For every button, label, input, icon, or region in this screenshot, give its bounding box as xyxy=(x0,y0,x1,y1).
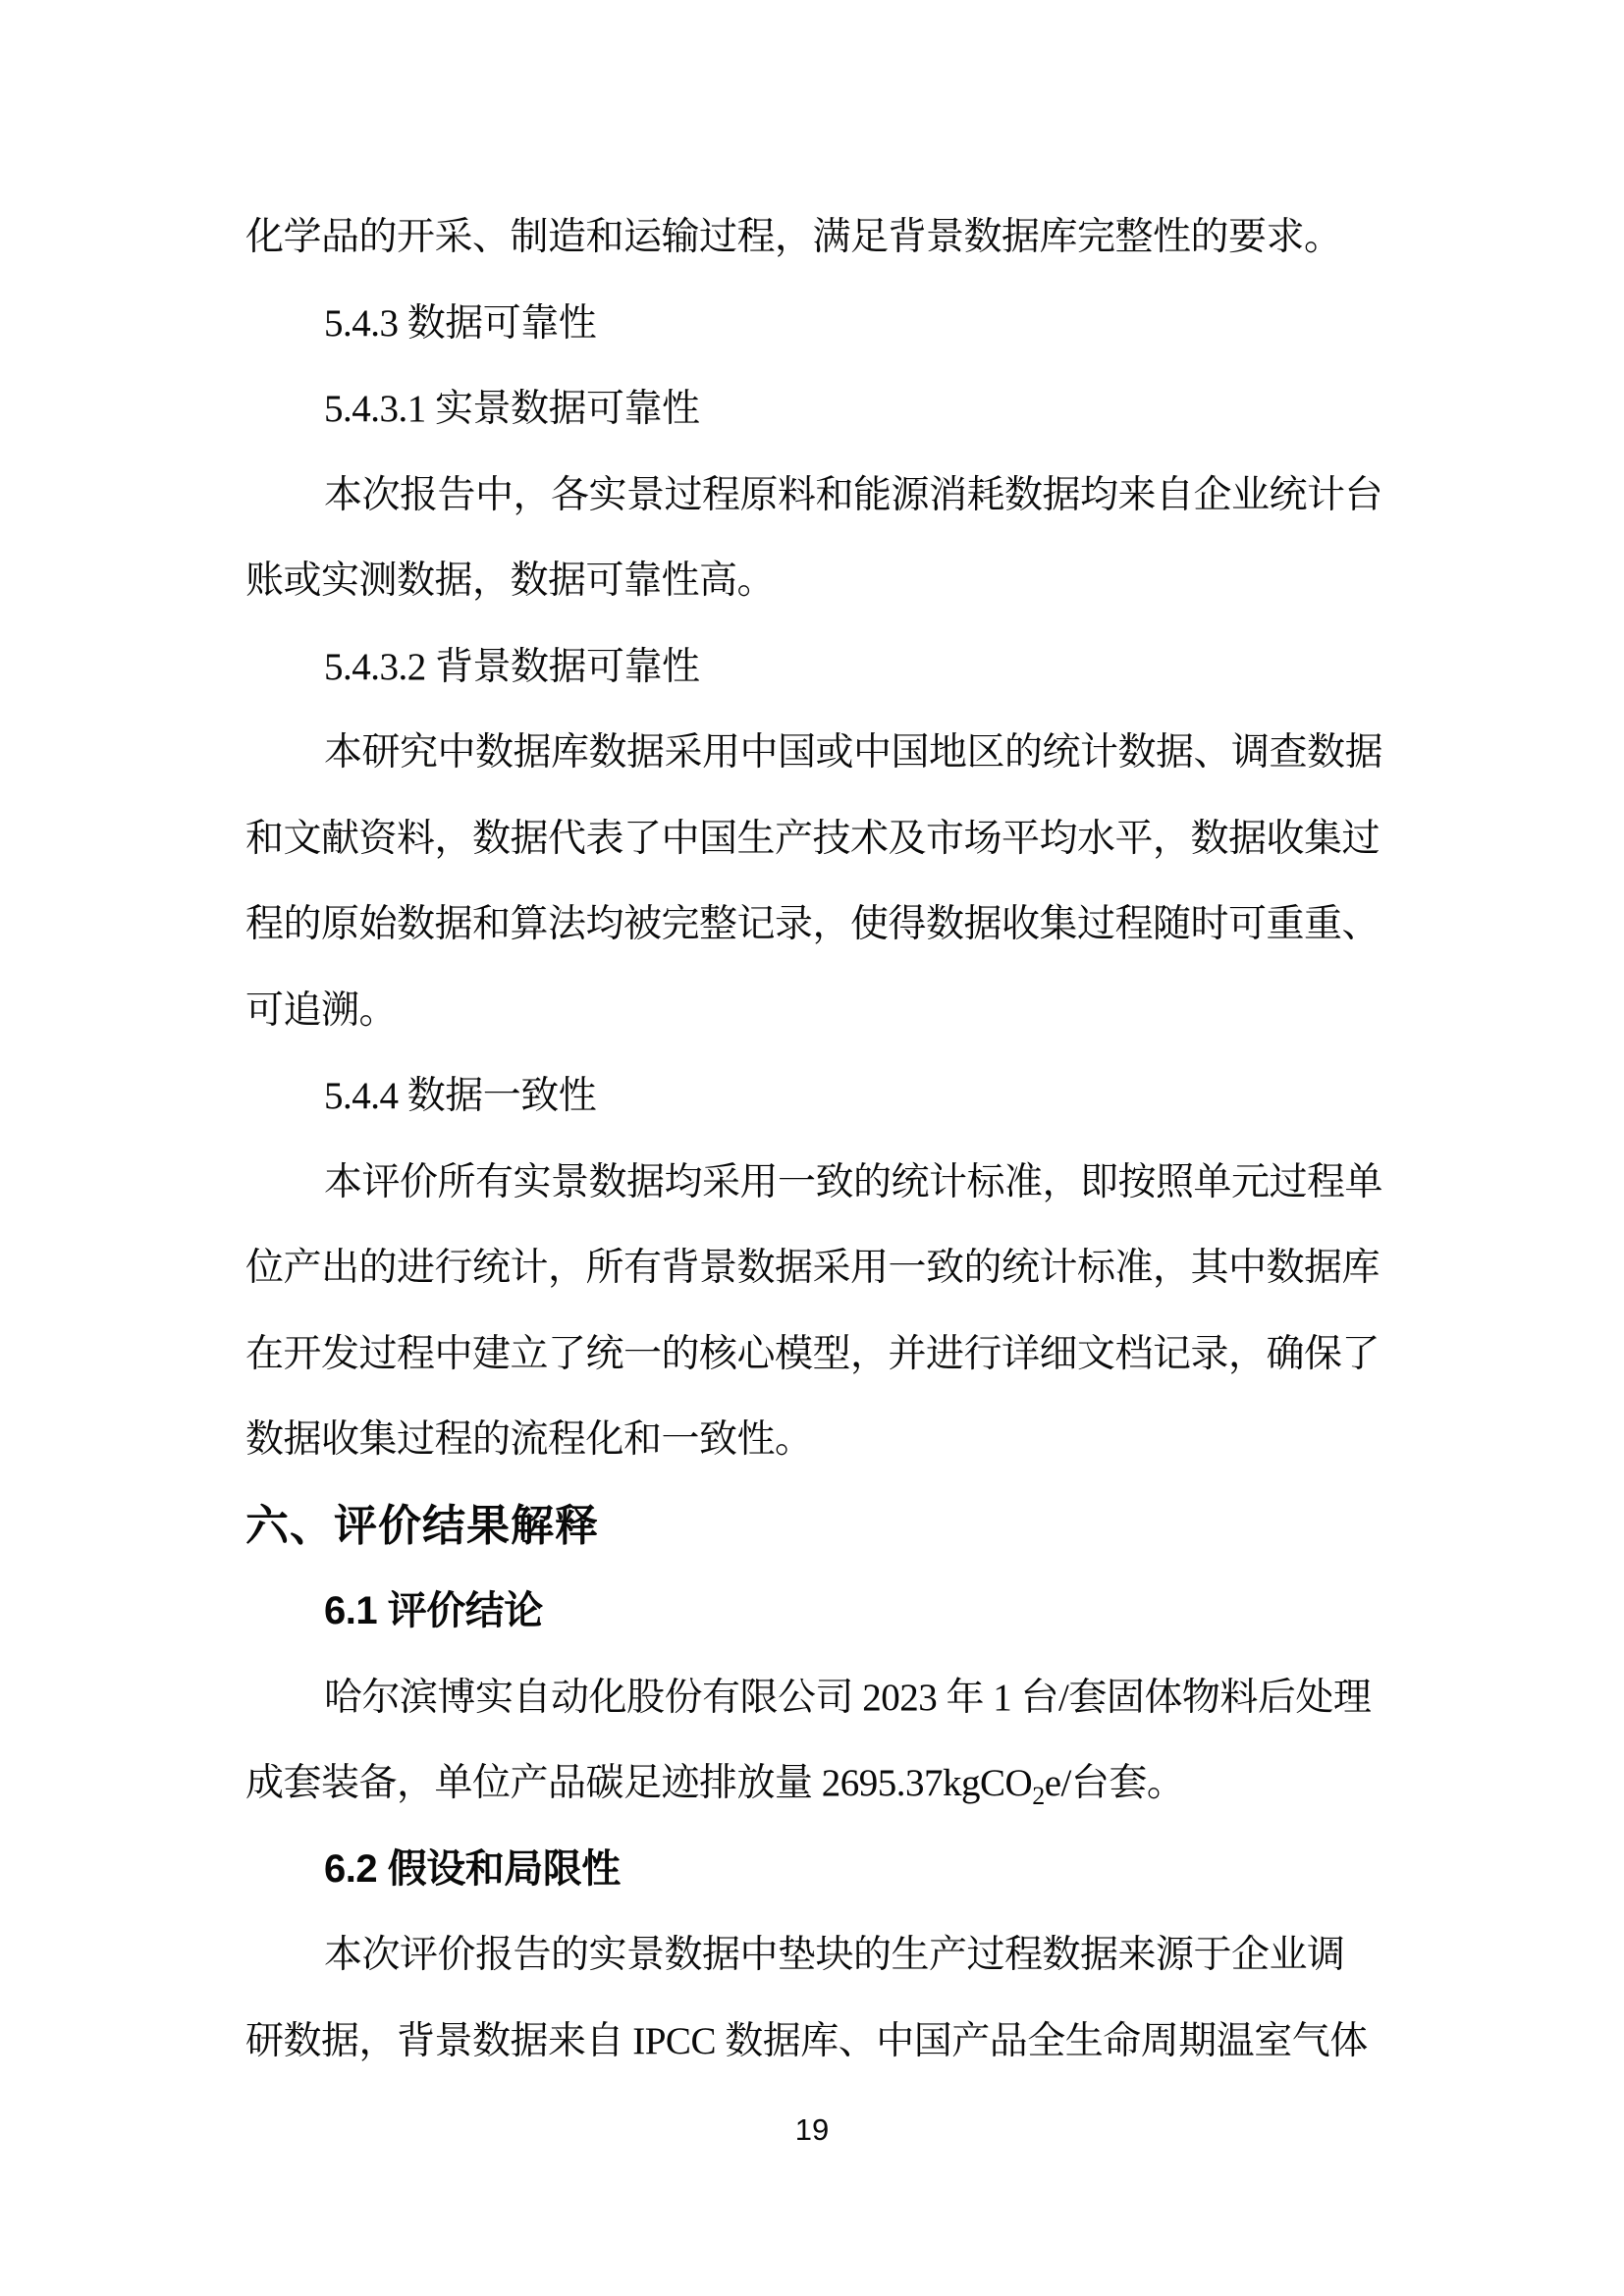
text-run: e/台套。 xyxy=(1045,1762,1185,1804)
subsection-heading: 5.4.3.2 背景数据可靠性 xyxy=(245,624,1389,711)
text-run: 六、评价结果解释 xyxy=(245,1502,599,1550)
text-run: 在开发过程中建立了统一的核心模型，并进行详细文档记录，确保了 xyxy=(245,1333,1380,1375)
paragraph-line: 数据收集过程的流程化和一致性。 xyxy=(245,1397,1389,1483)
paragraph-line: 本次评价报告的实景数据中垫块的生产过程数据来源于企业调 xyxy=(245,1912,1389,1999)
text-run: 和文献资料，数据代表了中国生产技术及市场平均水平，数据收集过 xyxy=(245,818,1380,860)
subscript-text: 2 xyxy=(1032,1782,1045,1810)
paragraph-line: 位产出的进行统计，所有背景数据采用一致的统计标准，其中数据库 xyxy=(245,1225,1389,1311)
paragraph-line: 可追溯。 xyxy=(245,968,1389,1054)
text-run: 可追溯。 xyxy=(245,989,397,1032)
paragraph-line: 化学品的开采、制造和运输过程，满足背景数据库完整性的要求。 xyxy=(245,194,1389,281)
text-run: 程的原始数据和算法均被完整记录，使得数据收集过程随时可重重、 xyxy=(245,903,1380,945)
section-heading: 6.1 评价结论 xyxy=(245,1569,1389,1655)
paragraph-line: 本研究中数据库数据采用中国或中国地区的统计数据、调查数据 xyxy=(245,710,1389,796)
text-run: 化学品的开采、制造和运输过程，满足背景数据库完整性的要求。 xyxy=(245,216,1342,258)
text-run: 6.1 评价结论 xyxy=(324,1589,543,1632)
text-run: 本研究中数据库数据采用中国或中国地区的统计数据、调查数据 xyxy=(324,731,1382,774)
text-run: 哈尔滨博实自动化股份有限公司 2023 年 1 台/套固体物料后处理 xyxy=(324,1677,1371,1719)
document-page: 化学品的开采、制造和运输过程，满足背景数据库完整性的要求。5.4.3 数据可靠性… xyxy=(0,0,1624,2296)
paragraph-line: 账或实测数据，数据可靠性高。 xyxy=(245,538,1389,624)
subsection-heading: 5.4.3 数据可靠性 xyxy=(245,281,1389,367)
text-run: 位产出的进行统计，所有背景数据采用一致的统计标准，其中数据库 xyxy=(245,1247,1380,1289)
paragraph-line: 程的原始数据和算法均被完整记录，使得数据收集过程随时可重重、 xyxy=(245,881,1389,968)
text-run: 账或实测数据，数据可靠性高。 xyxy=(245,560,775,602)
paragraph-line: 研数据，背景数据来自 IPCC 数据库、中国产品全生命周期温室气体 xyxy=(245,1999,1389,2085)
text-run: 6.2 假设和局限性 xyxy=(324,1847,621,1891)
paragraph-line: 在开发过程中建立了统一的核心模型，并进行详细文档记录，确保了 xyxy=(245,1311,1389,1398)
text-run: 5.4.3.2 背景数据可靠性 xyxy=(324,646,700,688)
document-body: 化学品的开采、制造和运输过程，满足背景数据库完整性的要求。5.4.3 数据可靠性… xyxy=(245,194,1389,2084)
text-run: 5.4.3.1 实景数据可靠性 xyxy=(324,388,700,430)
subsection-heading: 5.4.3.1 实景数据可靠性 xyxy=(245,366,1389,453)
paragraph-line: 哈尔滨博实自动化股份有限公司 2023 年 1 台/套固体物料后处理 xyxy=(245,1655,1389,1741)
paragraph-line: 和文献资料，数据代表了中国生产技术及市场平均水平，数据收集过 xyxy=(245,796,1389,882)
text-run: 研数据，背景数据来自 IPCC 数据库、中国产品全生命周期温室气体 xyxy=(245,2020,1368,2062)
page-number: 19 xyxy=(0,2110,1624,2150)
subsection-heading: 5.4.4 数据一致性 xyxy=(245,1053,1389,1140)
text-run: 本次评价报告的实景数据中垫块的生产过程数据来源于企业调 xyxy=(324,1934,1345,1976)
text-run: 本次报告中，各实景过程原料和能源消耗数据均来自企业统计台 xyxy=(324,474,1382,516)
text-run: 5.4.4 数据一致性 xyxy=(324,1075,596,1117)
section-heading: 6.2 假设和局限性 xyxy=(245,1827,1389,1913)
text-run: 5.4.3 数据可靠性 xyxy=(324,302,596,345)
text-run: 本评价所有实景数据均采用一致的统计标准，即按照单元过程单 xyxy=(324,1161,1382,1203)
chapter-heading: 六、评价结果解释 xyxy=(245,1483,1389,1570)
paragraph-line: 本评价所有实景数据均采用一致的统计标准，即按照单元过程单 xyxy=(245,1140,1389,1226)
paragraph-line: 成套装备，单位产品碳足迹排放量 2695.37kgCO2e/台套。 xyxy=(245,1740,1389,1827)
text-run: 数据收集过程的流程化和一致性。 xyxy=(245,1418,813,1461)
paragraph-line: 本次报告中，各实景过程原料和能源消耗数据均来自企业统计台 xyxy=(245,453,1389,539)
text-run: 成套装备，单位产品碳足迹排放量 2695.37kgCO xyxy=(245,1762,1032,1804)
